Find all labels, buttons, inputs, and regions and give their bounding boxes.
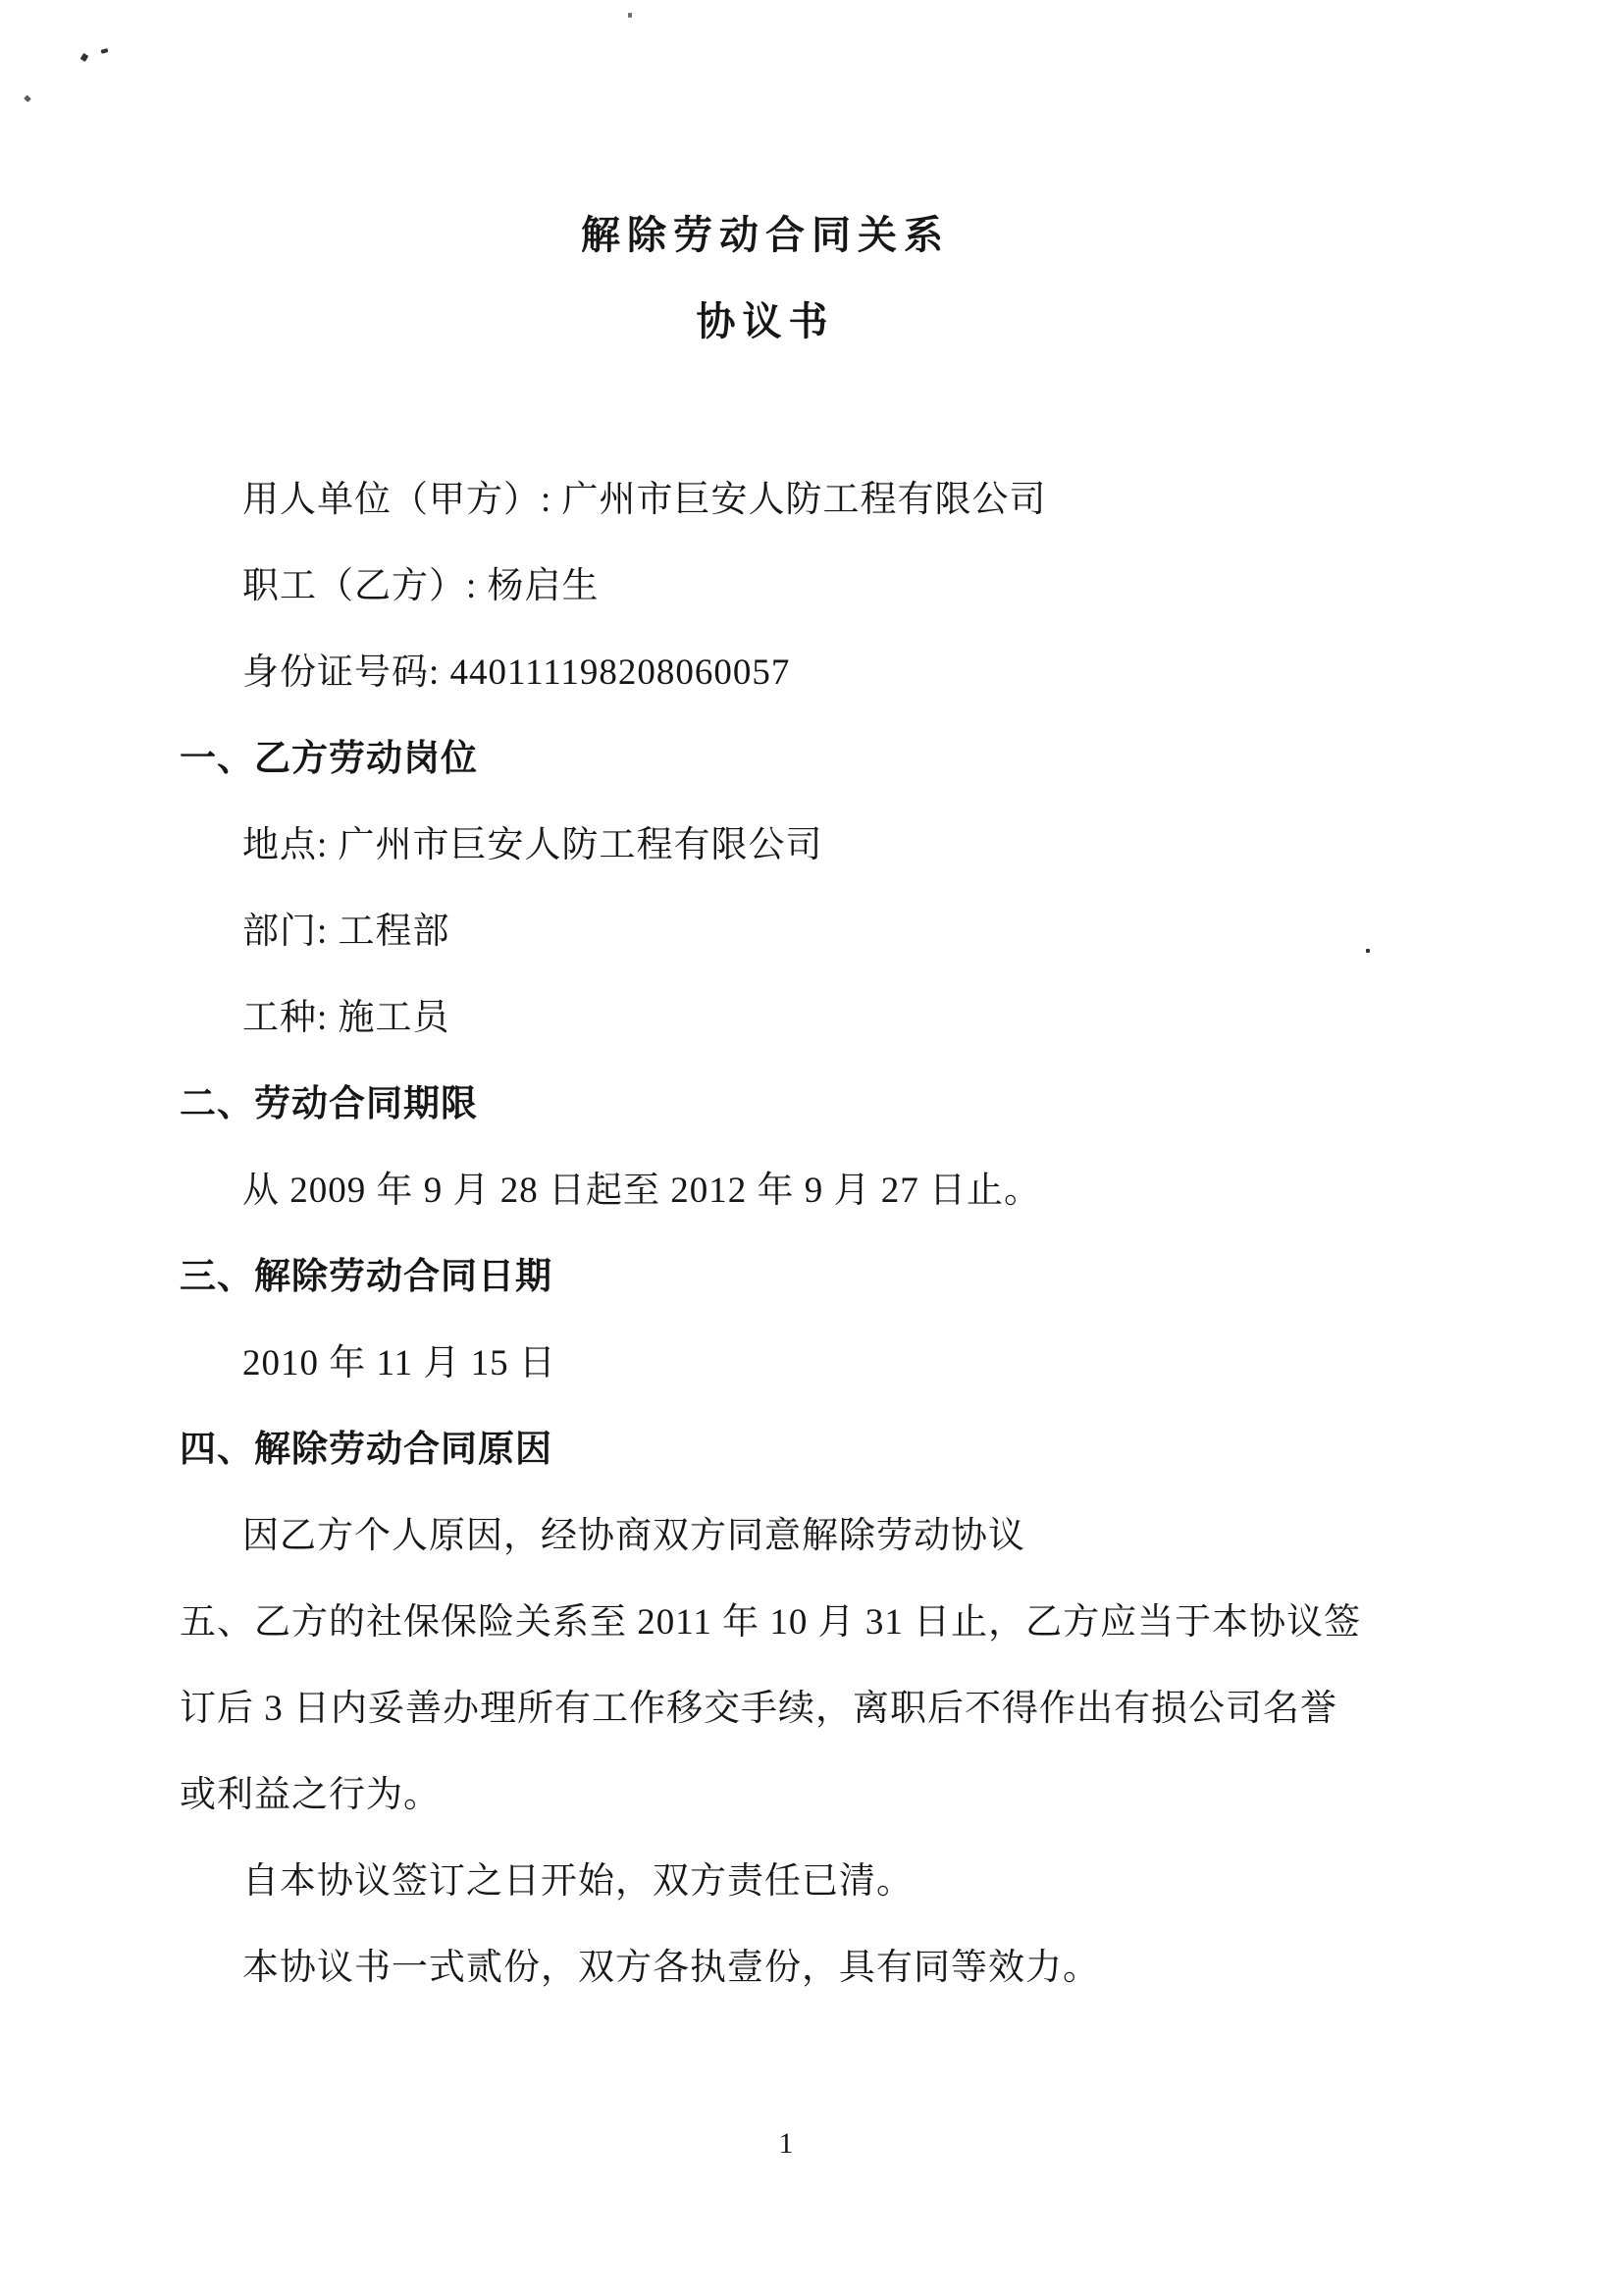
section-4-heading: 四、解除劳动合同原因 xyxy=(180,1407,1494,1493)
scan-speck xyxy=(24,95,31,103)
section-2-heading: 二、劳动合同期限 xyxy=(180,1062,1494,1148)
closing-line-1: 自本协议签订之日开始，双方责任已清。 xyxy=(180,1839,1494,1925)
employee-line: 职工（乙方）: 杨启生 xyxy=(180,544,1494,630)
section-3-heading: 三、解除劳动合同日期 xyxy=(180,1234,1494,1321)
document-title: 解除劳动合同关系 协议书 xyxy=(0,192,1577,365)
termination-date-line: 2010 年 11 月 15 日 xyxy=(180,1321,1494,1407)
page-number: 1 xyxy=(0,2127,1597,2161)
clause-5-line-3: 或利益之行为。 xyxy=(180,1752,1494,1839)
scan-speck xyxy=(101,48,109,54)
document-body: 用人单位（甲方）: 广州市巨安人防工程有限公司 职工（乙方）: 杨启生 身份证号… xyxy=(180,457,1494,2011)
section-1-heading: 一、乙方劳动岗位 xyxy=(180,716,1494,803)
job-type-line: 工种: 施工员 xyxy=(180,975,1494,1062)
termination-reason-line: 因乙方个人原因，经协商双方同意解除劳动协议 xyxy=(180,1493,1494,1580)
department-line: 部门: 工程部 xyxy=(180,889,1494,975)
document-title-line-1: 解除劳动合同关系 xyxy=(0,192,1577,279)
workplace-line: 地点: 广州市巨安人防工程有限公司 xyxy=(180,803,1494,889)
scanned-document-page: 解除劳动合同关系 协议书 用人单位（甲方）: 广州市巨安人防工程有限公司 职工（… xyxy=(0,0,1623,2296)
closing-line-2: 本协议书一式贰份，双方各执壹份，具有同等效力。 xyxy=(180,1925,1494,2011)
id-number-line: 身份证号码: 440111198208060057 xyxy=(180,630,1494,716)
contract-term-line: 从 2009 年 9 月 28 日起至 2012 年 9 月 27 日止。 xyxy=(180,1148,1494,1234)
employer-line: 用人单位（甲方）: 广州市巨安人防工程有限公司 xyxy=(180,457,1494,544)
scan-speck xyxy=(628,13,632,18)
scan-speck xyxy=(80,53,89,62)
clause-5-line-2: 订后 3 日内妥善办理所有工作移交手续，离职后不得作出有损公司名誉 xyxy=(180,1666,1494,1752)
document-title-line-2: 协议书 xyxy=(0,279,1577,365)
clause-5-line-1: 五、乙方的社保保险关系至 2011 年 10 月 31 日止，乙方应当于本协议签 xyxy=(180,1580,1494,1666)
